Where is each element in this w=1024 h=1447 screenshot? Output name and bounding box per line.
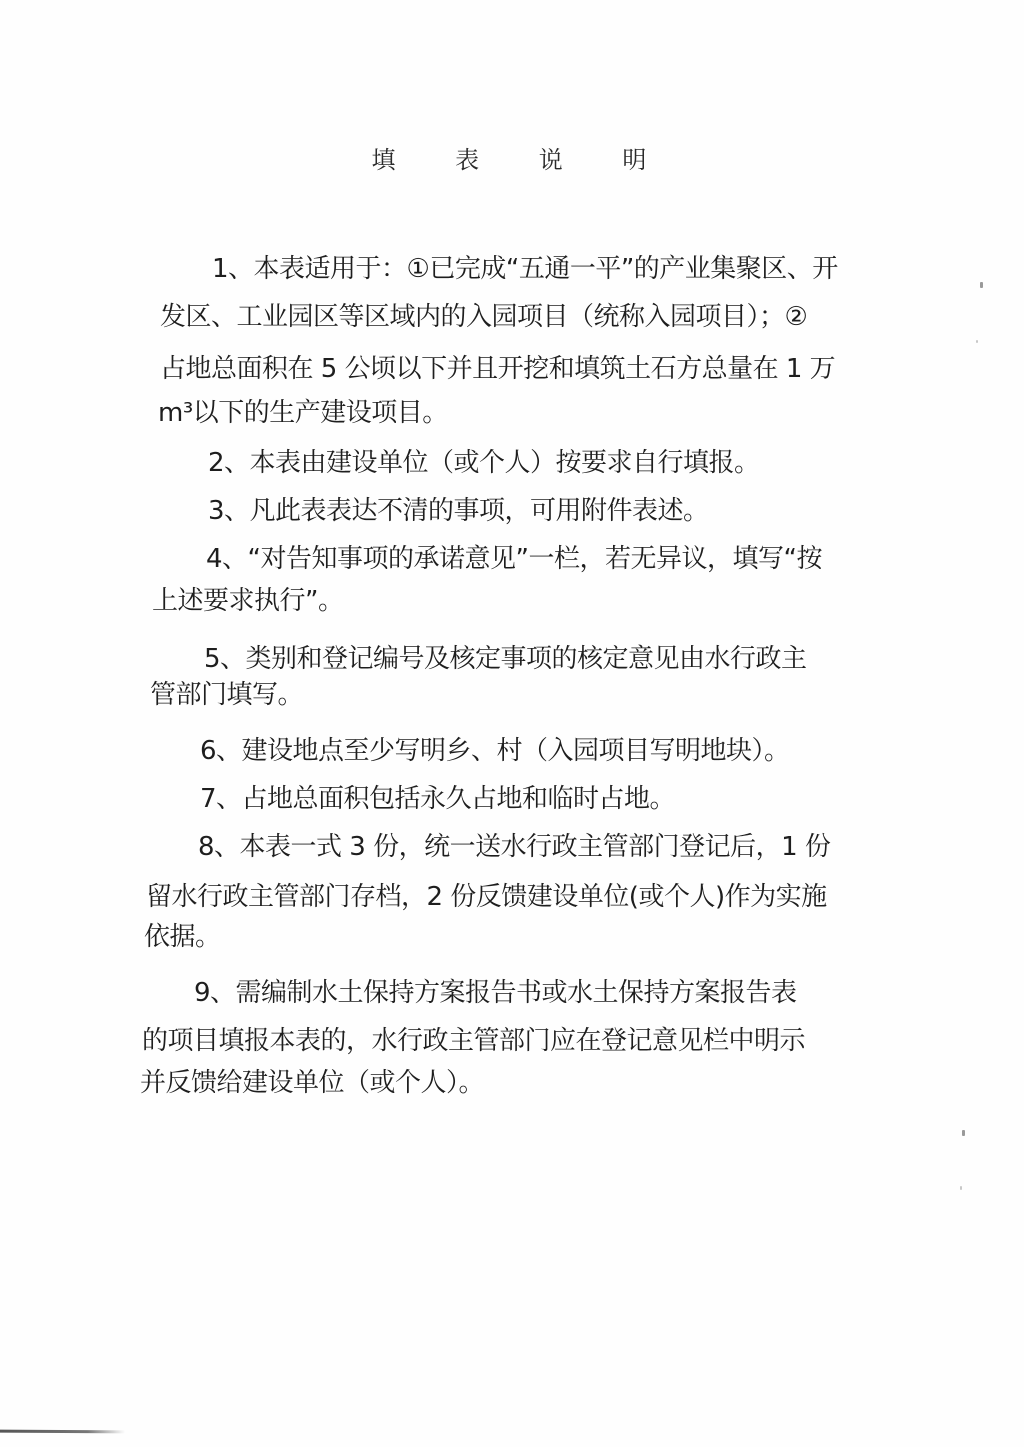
item-1-line-2: 发区、工业园区等区域内的入园项目（统称入园项目）；② — [160, 300, 807, 334]
item-1-line-3: 占地总面积在 5 公顷以下并且开挖和填筑土石方总量在 1 万 — [160, 352, 835, 386]
scan-speck — [976, 340, 978, 343]
item-8-line-3: 依据。 — [144, 920, 221, 954]
item-3-line-1: 3、凡此表表达不清的事项，可用附件表述。 — [208, 494, 709, 528]
scan-speck — [960, 1186, 962, 1190]
item-5-line-2: 管部门填写。 — [150, 678, 303, 712]
scan-edge-line — [0, 1430, 125, 1434]
item-7-line-1: 7、占地总面积包括永久占地和临时占地。 — [200, 782, 675, 816]
document-page: 填 表 说 明 1、本表适用于：①已完成“五通一平”的产业集聚区、开 发区、工业… — [0, 0, 1024, 1447]
item-5-line-1: 5、类别和登记编号及核定事项的核定意见由水行政主 — [204, 642, 807, 676]
item-2-line-1: 2、本表由建设单位（或个人）按要求自行填报。 — [208, 446, 760, 480]
item-8-line-2: 留水行政主管部门存档，2 份反馈建设单位(或个人)作为实施 — [146, 880, 827, 914]
item-9-line-1: 9、需编制水土保持方案报告书或水土保持方案报告表 — [194, 976, 797, 1010]
item-9-line-2: 的项目填报本表的，水行政主管部门应在登记意见栏中明示 — [142, 1024, 805, 1058]
item-6-line-1: 6、建设地点至少写明乡、村（入园项目写明地块）。 — [200, 734, 790, 768]
item-9-line-3: 并反馈给建设单位（或个人）。 — [140, 1066, 484, 1100]
item-1-line-4: m³以下的生产建设项目。 — [158, 396, 448, 430]
scan-speck — [962, 1130, 965, 1136]
document-title: 填 表 说 明 — [0, 140, 1024, 175]
scan-speck — [980, 282, 983, 288]
item-4-line-2: 上述要求执行”。 — [152, 584, 343, 618]
item-8-line-1: 8、本表一式 3 份，统一送水行政主管部门登记后，1 份 — [198, 830, 830, 864]
item-4-line-1: 4、“对告知事项的承诺意见”一栏，若无异议，填写“按 — [206, 542, 822, 576]
item-1-line-1: 1、本表适用于：①已完成“五通一平”的产业集聚区、开 — [212, 252, 838, 286]
